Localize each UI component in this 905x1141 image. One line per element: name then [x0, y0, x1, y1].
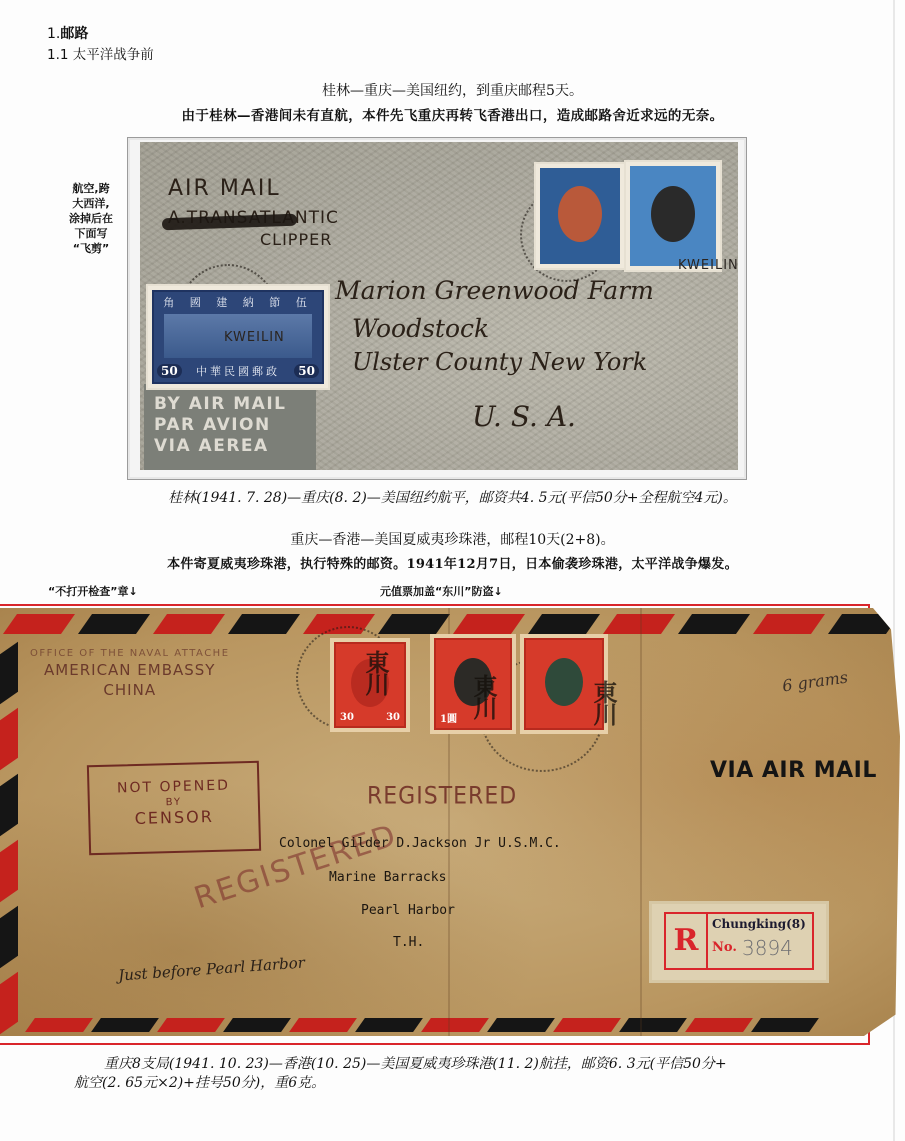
airmail-stripe — [0, 774, 18, 837]
overprint: 東川 — [358, 650, 393, 694]
cover1-caption: 桂林(1941. 7. 28)—重庆(8. 2)—美国纽约航平，邮资共4. 5元… — [0, 487, 905, 507]
airmail-stripe — [0, 642, 18, 705]
handwritten-weight: 6 grams — [781, 667, 849, 695]
cover2-caption-line1: 重庆8支局(1941. 10. 23)—香港(10. 25)—美国夏威夷珍珠港(… — [104, 1053, 727, 1073]
airmail-stripe — [25, 1018, 93, 1032]
stamp-1-yuan: 1圓 東川 — [430, 634, 516, 734]
airmail-stripe — [453, 614, 525, 634]
airmail-stripe — [828, 614, 900, 634]
cover2-route-title: 重庆—香港—美国夏威夷珍珠港，邮程10天(2+8)。 — [0, 529, 905, 549]
addressee-line: T.H. — [393, 935, 424, 950]
airmail-stripe — [603, 614, 675, 634]
addressee-line: Marine Barracks — [329, 870, 446, 885]
airmail-stripe — [223, 1018, 291, 1032]
airmail-stripe — [157, 1018, 225, 1032]
stamp-portrait — [651, 186, 695, 242]
airmail-stripe — [289, 1018, 357, 1032]
cover2-caption-line2: 航空(2. 65元×2)+挂号50分)，重6克。 — [74, 1072, 325, 1092]
cover2-explanation: 本件寄夏威夷珍珠港，执行特殊的邮资。1941年12月7日，日本偷袭珍珠港，太平洋… — [0, 553, 905, 572]
subsection-heading: 1.1 太平洋战争前 — [47, 43, 154, 63]
address-line: Woodstock — [352, 314, 489, 343]
stamp-30-cents: 30 30 東川 — [330, 638, 410, 732]
airmail-stripe — [78, 614, 150, 634]
via-air-mail-print: VIA AIR MAIL — [710, 758, 877, 783]
stamp-5-yuan: 東川 — [520, 634, 608, 734]
airmail-stripe — [91, 1018, 159, 1032]
airmail-stripe — [619, 1018, 687, 1032]
airmail-border-left — [0, 648, 18, 1028]
airmail-stripe — [685, 1018, 753, 1032]
airmail-border-bottom — [0, 1018, 900, 1032]
airmail-stripe — [355, 1018, 423, 1032]
registration-number: 3894 — [742, 936, 793, 960]
airmail-stripe — [751, 1018, 819, 1032]
airmail-stripe — [0, 906, 18, 969]
address-line: U. S. A. — [472, 400, 576, 433]
airmail-stripe — [228, 614, 300, 634]
airmail-stripe — [421, 1018, 489, 1032]
airmail-stripe — [0, 972, 18, 1035]
stamp-small-1 — [536, 164, 624, 268]
address-line: Ulster County New York — [352, 348, 647, 376]
addressee-line: Pearl Harbor — [361, 903, 455, 918]
postmark-city: KWEILIN — [678, 258, 738, 273]
cover1-route-title: 桂林—重庆—美国纽约，到重庆邮程5天。 — [0, 80, 905, 100]
handwritten-note: Just before Pearl Harbor — [118, 953, 306, 984]
airmail-stripe — [753, 614, 825, 634]
censor-note: “不打开检查”章↓ — [48, 583, 138, 599]
postmark-city: KWEILIN — [224, 330, 285, 345]
airmail-stripe — [378, 614, 450, 634]
airmail-stripe — [553, 1018, 621, 1032]
crease — [640, 608, 642, 1036]
cover1-envelope-image: AIR MAIL A.TRANSATLANTIC CLIPPER Marion … — [140, 142, 738, 470]
airmail-stripe — [0, 840, 18, 903]
overprint: 東川 — [586, 680, 621, 724]
censor-box-stamp: NOT OPENED BY CENSOR — [87, 761, 261, 855]
section-heading: 1.邮路 — [47, 23, 88, 43]
cover1-explanation: 由于桂林—香港间未有直航，本件先飞重庆再转飞香港出口，造成邮路舍近求远的无奈。 — [0, 104, 905, 124]
registration-letter: R — [666, 914, 708, 968]
airmail-stripe — [528, 614, 600, 634]
section-title: 邮路 — [60, 26, 88, 42]
section-number: 1. — [47, 26, 60, 42]
addressee-line: Colonel Gilder D.Jackson Jr U.S.M.C. — [279, 836, 561, 851]
airmail-stripe — [153, 614, 225, 634]
handwritten-clipper: CLIPPER — [260, 230, 332, 249]
cover1-side-note: 航空,跨 大西洋, 涂掉后在 下面写 “飞剪” → — [56, 181, 126, 256]
registration-office: Chungking(8) — [712, 917, 806, 931]
airmail-etiquette: BY AIR MAIL PAR AVION VIA AEREA — [144, 384, 316, 470]
stamp-portrait — [558, 186, 602, 242]
sender-stamp: OFFICE OF THE NAVAL ATTACHE AMERICAN EMB… — [30, 648, 230, 699]
airmail-stripe — [678, 614, 750, 634]
airmail-border-top — [0, 614, 900, 634]
airmail-stripe — [487, 1018, 555, 1032]
handwritten-airmail: AIR MAIL — [168, 176, 281, 201]
address-line: Marion Greenwood Farm — [335, 276, 654, 305]
registered-stamp: REGISTERED — [367, 783, 517, 811]
airmail-stripe — [0, 708, 18, 771]
overprint-note: 元值票加盖“东川”防盗↓ — [380, 583, 503, 599]
overprint: 東川 — [466, 674, 501, 718]
stamp-small-2 — [626, 162, 720, 270]
airmail-stripe — [3, 614, 75, 634]
registration-label: R Chungking(8) No. 3894 — [652, 904, 826, 980]
registration-no-label: No. — [712, 940, 737, 955]
cover2-envelope-image: OFFICE OF THE NAVAL ATTACHE AMERICAN EMB… — [0, 608, 900, 1036]
